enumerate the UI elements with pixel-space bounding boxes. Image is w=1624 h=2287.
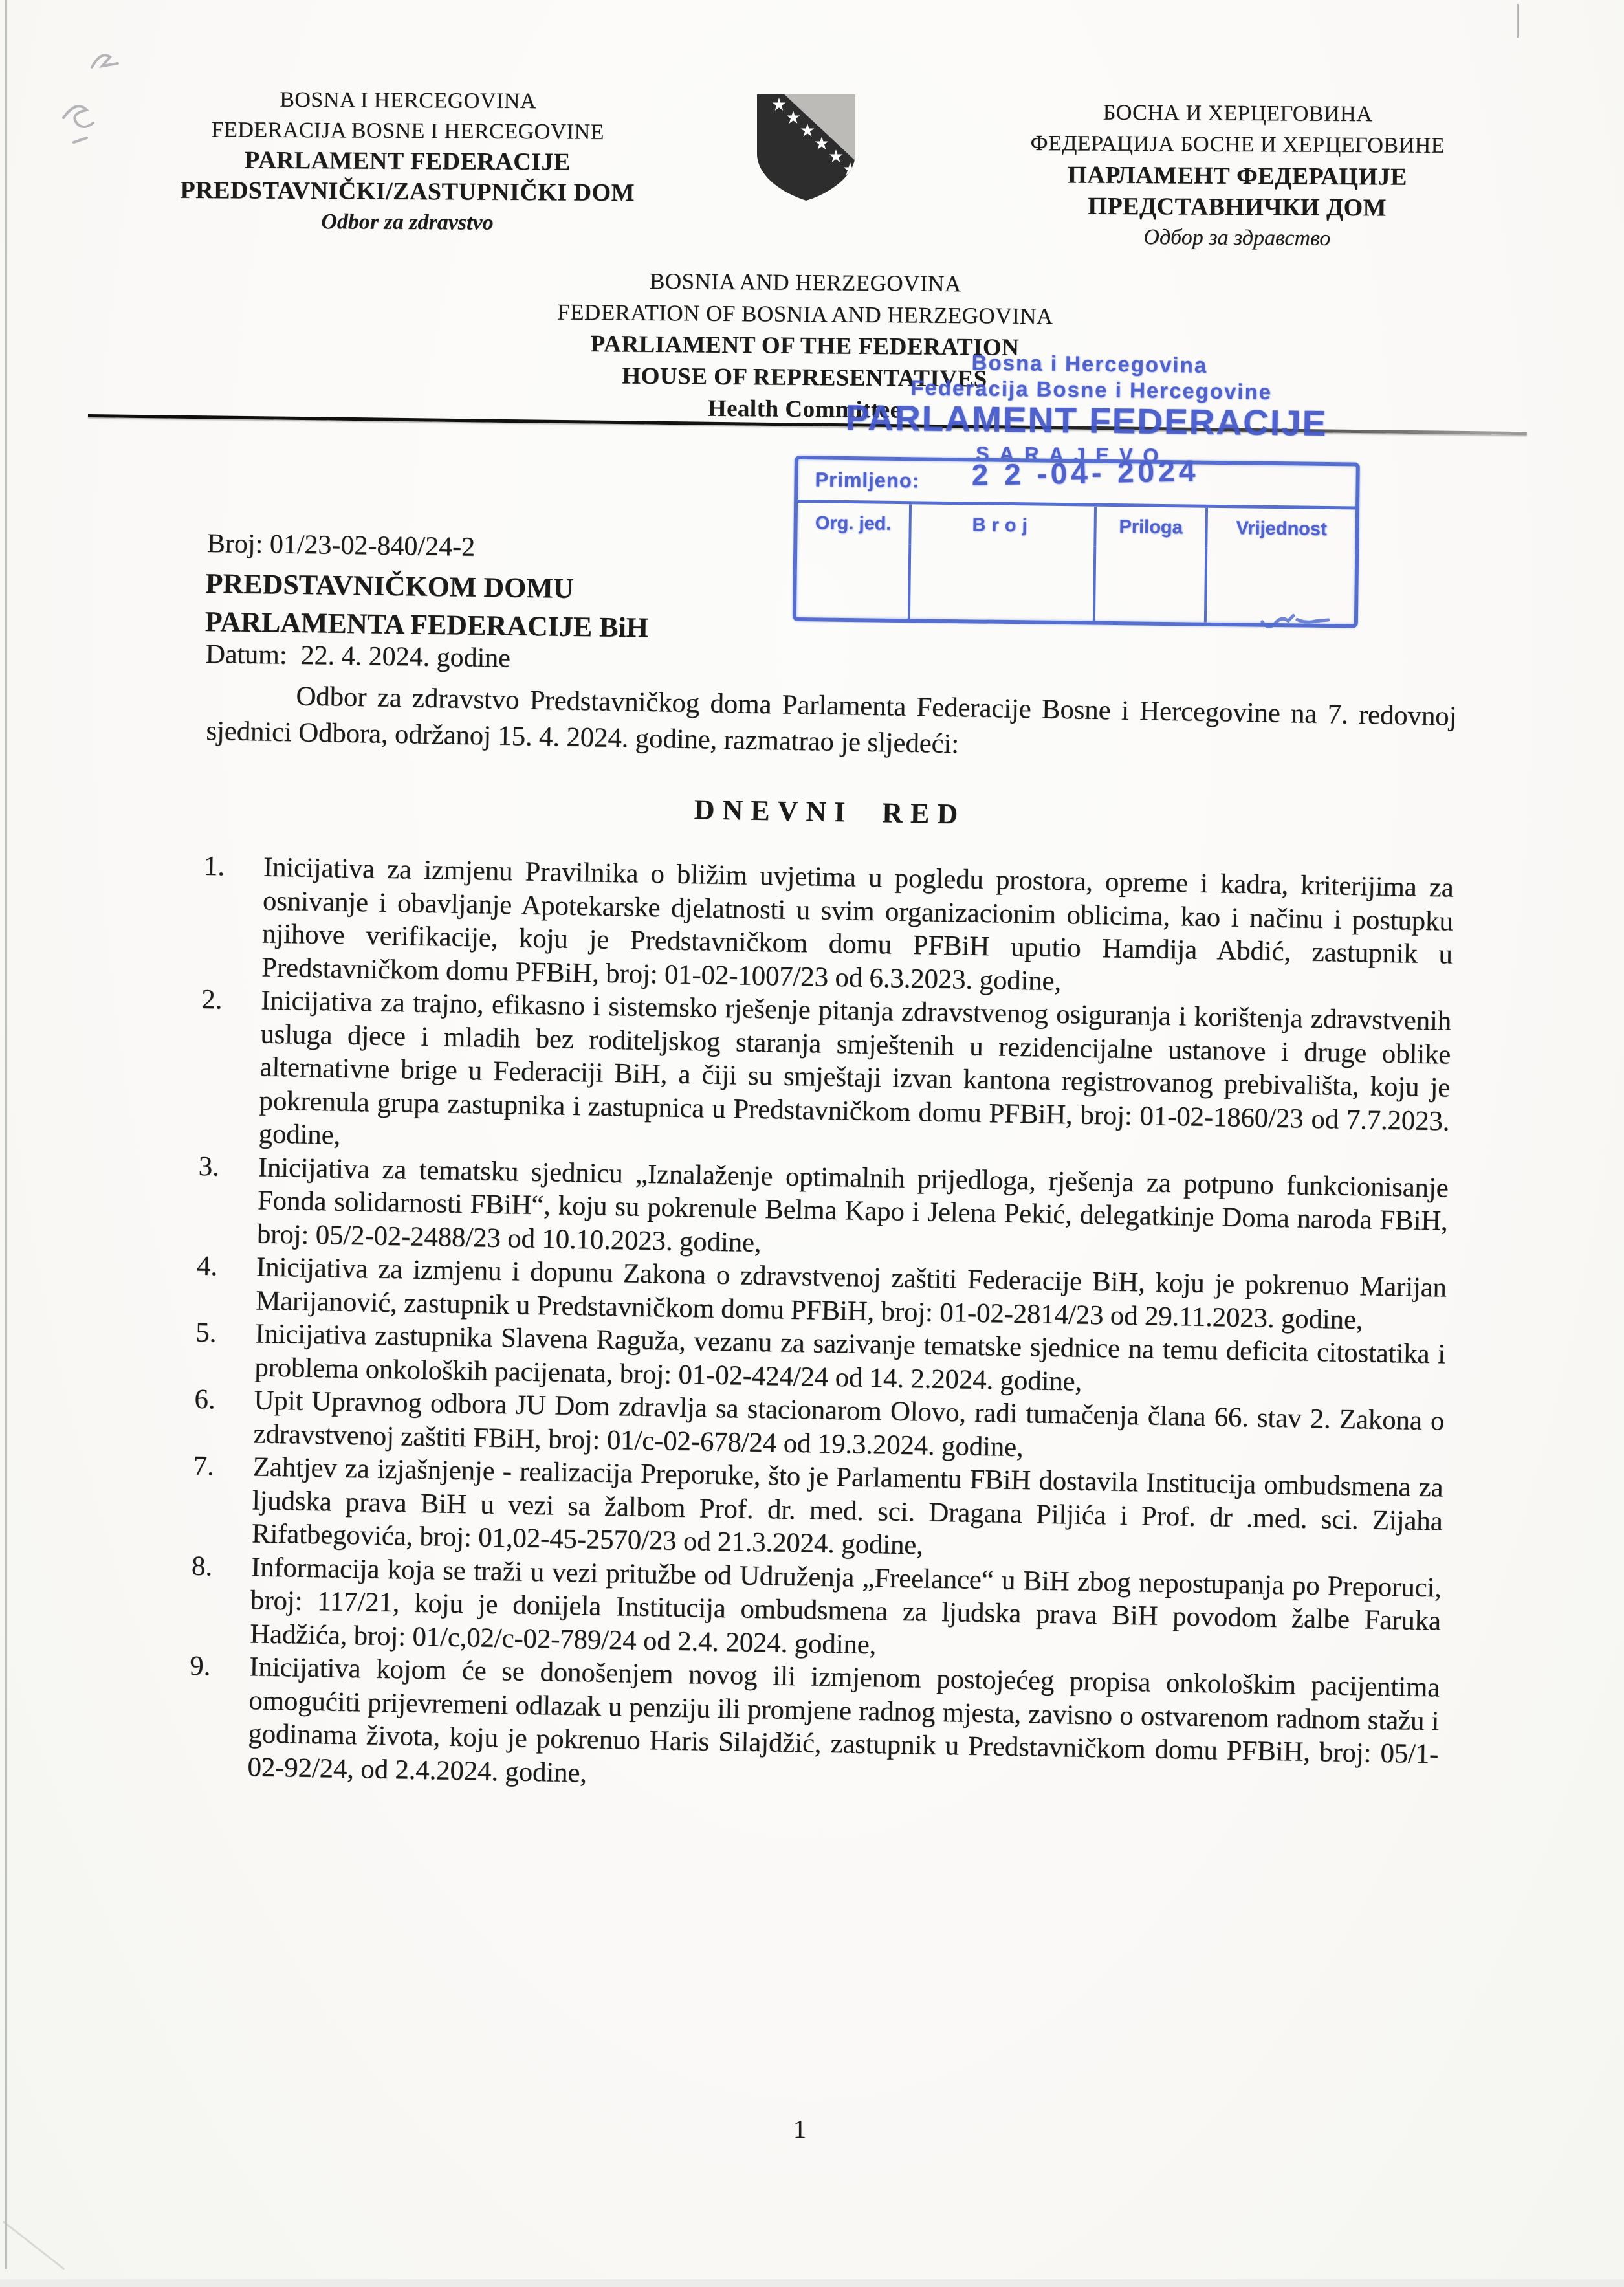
agenda-title: DNEVNI RED (204, 784, 1455, 839)
letterhead-english-line: BOSNIA AND HERZEGOVINA (544, 264, 1067, 300)
agenda-item-number: 7. (192, 1450, 253, 1551)
letterhead-cyrillic-line: БОСНА И ХЕРЦЕГОВИНА (977, 97, 1498, 131)
agenda-item: 9. Inicijativa kojom će se donošenjem no… (188, 1650, 1440, 1805)
stamp-cell-empty (1095, 547, 1207, 623)
scan-corner-artifact (3, 2220, 65, 2270)
stamp-received-row: Primljeno: 2 2 -04- 2024 (798, 459, 1356, 510)
agenda-item-number: 6. (193, 1383, 254, 1451)
agenda-item-text: Inicijativa kojom će se donošenjem novog… (247, 1650, 1440, 1804)
receipt-stamp: Bosna i Hercegovina Federacija Bosne i H… (793, 348, 1365, 634)
letterhead-english-line: FEDERATION OF BOSNIA AND HERZEGOVINA (543, 296, 1066, 332)
agenda-item: 1. Inicijativa za izmjenu Pravilnika o b… (202, 850, 1454, 1005)
scan-bottom-band (0, 2279, 1624, 2287)
letterhead-latin: BOSNA I HERCEGOVINA FEDERACIJA BOSNE I H… (148, 84, 666, 239)
agenda-list: 1. Inicijativa za izmjenu Pravilnika o b… (188, 850, 1454, 1804)
letterhead-cyrillic: БОСНА И ХЕРЦЕГОВИНА ФЕДЕРАЦИЈА БОСНЕ И Х… (976, 97, 1498, 256)
agenda-item-text: Inicijativa za izmjenu Pravilnika o bliž… (261, 851, 1454, 1005)
stamp-header-org-jed: Org. jed. (797, 503, 912, 544)
agenda-item-number: 3. (197, 1149, 259, 1250)
recipient-line: PARLAMENTA FEDERACIJE BiH (204, 602, 648, 647)
agenda-item-number: 2. (199, 983, 261, 1151)
letterhead-cyrillic-line: ПАРЛАМЕНТ ФЕДЕРАЦИЈЕ (977, 159, 1498, 193)
scanned-document-page: BOSNA I HERCEGOVINA FEDERACIJA BOSNE I H… (0, 0, 1624, 2287)
document-body: Odbor za zdravstvo Predstavničkog doma P… (188, 677, 1457, 1804)
intro-paragraph: Odbor za zdravstvo Predstavničkog doma P… (206, 677, 1457, 771)
stamp-cell-empty (910, 544, 1096, 621)
letterhead-latin-line: PARLAMENT FEDERACIJE (149, 145, 666, 179)
bih-coat-of-arms (749, 88, 863, 206)
stamp-header-priloga: Priloga (1096, 507, 1208, 548)
stamp-pen-checkmark (1258, 608, 1336, 634)
scan-edge-line (5, 0, 7, 2269)
scan-artifact-tick (1517, 4, 1519, 38)
stamp-cell-empty (796, 543, 911, 619)
stamp-country-line: Bosna i Hercegovina (972, 350, 1208, 377)
letterhead-latin-line: BOSNA I HERCEGOVINA (149, 84, 666, 118)
agenda-item-number: 1. (202, 850, 264, 984)
page-number: 1 (793, 2114, 806, 2144)
letterhead-cyrillic-line: ФЕДЕРАЦИЈА БОСНЕ И ХЕРЦЕГОВИНЕ (977, 128, 1498, 162)
letterhead-cyrillic-committee: Одбор за здравство (976, 221, 1497, 256)
recipient-block: PREDSTAVNIČKOM DOMU PARLAMENTA FEDERACIJ… (204, 564, 649, 647)
stamp-registry-table: Primljeno: 2 2 -04- 2024 Org. jed. Broj … (793, 456, 1360, 628)
agenda-item-number: 8. (190, 1549, 252, 1650)
stamp-header-row: Org. jed. Broj Priloga Vrijednost (797, 503, 1355, 550)
stamp-header-vrijednost: Vrijednost (1207, 508, 1355, 550)
agenda-item: 2. Inicijativa za trajno, efikasno i sis… (199, 983, 1451, 1171)
agenda-item-number: 4. (196, 1250, 257, 1318)
agenda-item-number: 9. (188, 1650, 250, 1784)
reference-number: Broj: 01/23-02-840/24-2 (207, 525, 512, 567)
letterhead-latin-committee: Odbor za zdravstvo (148, 206, 666, 239)
letterhead-latin-line: FEDERACIJA BOSNE I HERCEGOVINE (149, 115, 666, 148)
letterhead-cyrillic-line: ПРЕДСТАВНИЧКИ ДОМ (977, 190, 1498, 225)
letterhead-latin-line: PREDSTAVNIČKI/ZASTUPNIČKI DOM (149, 175, 666, 209)
stamp-received-label: Primljeno: (798, 468, 919, 492)
stamp-received-date: 2 2 -04- 2024 (971, 453, 1200, 492)
stamp-parliament-line: PARLAMENT FEDERACIJE (845, 397, 1328, 444)
recipient-line: PREDSTAVNIČKOM DOMU (205, 564, 649, 609)
agenda-item-number: 5. (195, 1316, 256, 1384)
agenda-item-text: Inicijativa za trajno, efikasno i sistem… (258, 984, 1451, 1172)
stamp-header-broj: Broj (911, 504, 1097, 546)
